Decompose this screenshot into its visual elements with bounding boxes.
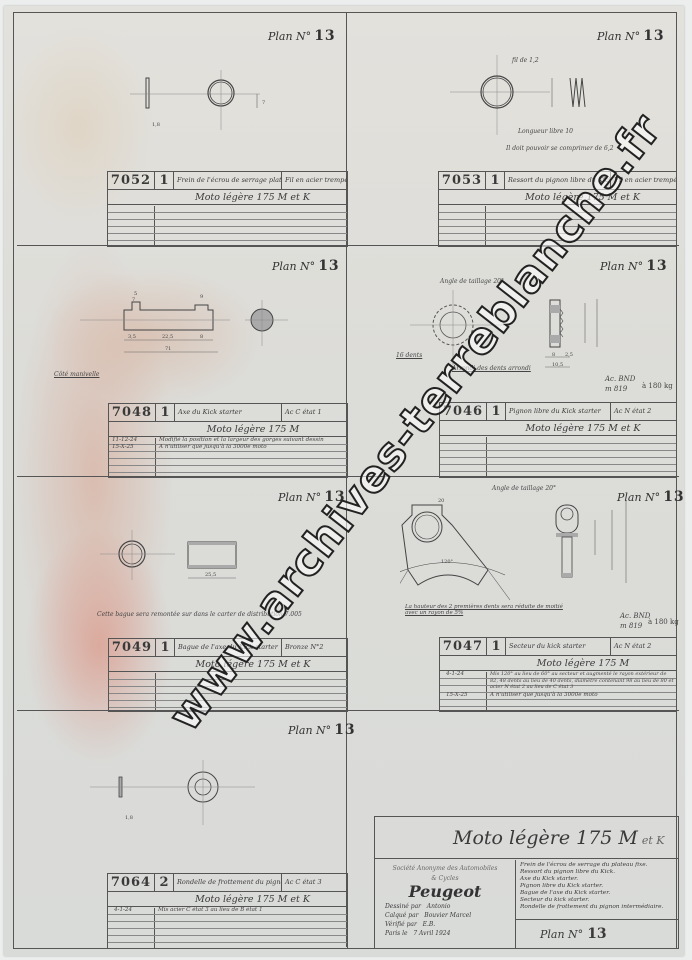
svg-text:8: 8 — [200, 334, 203, 340]
title-block-7052: 7052 1 Frein de l'écrou de serrage plate… — [107, 171, 348, 247]
plan-number-label: Plan N°13 — [597, 28, 665, 44]
part-model: Moto légère 175 M et K — [108, 892, 347, 907]
part-model: Moto légère 175 M et K — [108, 190, 347, 205]
part-material: Ac C état 3 — [282, 874, 347, 891]
svg-text:2,5: 2,5 — [565, 352, 573, 358]
part-model: Moto légère 175 M — [109, 422, 347, 437]
drawing-note: Angle de taillage 20° — [492, 485, 556, 492]
svg-text:7: 7 — [262, 100, 265, 106]
parts-list-item: Bague de l'axe du Kick starter. — [520, 890, 674, 897]
part-material: Ac N état 2 — [611, 403, 676, 420]
title-block-7048: 7048 1 Axe du Kick starter Ac C état 1 M… — [108, 403, 348, 478]
revision-date: 11-12-24 — [112, 437, 137, 443]
svg-text:1,8: 1,8 — [125, 815, 133, 821]
part-quantity: 1 — [487, 403, 506, 420]
part-model: Moto légère 175 M — [440, 656, 676, 671]
svg-text:3,5: 3,5 — [128, 334, 136, 340]
plan-number-label: Plan N°13 — [268, 28, 336, 44]
drawing-note: La hauteur des 2 premières dents sera ré… — [405, 604, 575, 616]
sheet-title: Moto légère 175 Met K — [375, 817, 678, 859]
part-number: 7053 — [439, 172, 486, 189]
parts-list: Frein de l'écrou de serrage du plateau f… — [516, 860, 678, 920]
parts-list-item: Frein de l'écrou de serrage du plateau f… — [520, 862, 674, 869]
part-material: Ac C état 1 — [282, 404, 347, 421]
title-block-7047: 7047 1 Secteur du kick starter Ac N état… — [439, 637, 677, 712]
drawing-note: 16 dents — [396, 352, 422, 359]
svg-text:25,5: 25,5 — [205, 572, 216, 578]
svg-text:fil de 1,2: fil de 1,2 — [511, 57, 539, 64]
parts-list-item: Rondelle de frottement du pignon intermé… — [520, 904, 674, 911]
part-number: 7048 — [109, 404, 156, 421]
revision-date: 15-X-25 — [112, 444, 134, 450]
plan-number-label: Plan N°13 — [272, 258, 340, 274]
part-number: 7064 — [108, 874, 155, 891]
part-description: Frein de l'écrou de serrage plateau fixe — [174, 172, 282, 189]
part-quantity: 1 — [155, 172, 174, 189]
material-spec: Ac. BND m 819 — [620, 612, 650, 630]
material-load: à 180 kg — [648, 618, 679, 626]
revision-text: A n'utiliser que jusqu'à la 3000e moto — [159, 444, 267, 450]
part-quantity: 1 — [486, 172, 505, 189]
revision-text: A n'utiliser que jusqu'à la 3000e moto — [490, 692, 598, 698]
sheet-title-block: Moto légère 175 Met K Société Anonyme de… — [374, 816, 679, 949]
revision-date: 4-1-24 — [114, 907, 132, 913]
parts-list-item: Axe du Kick starter. — [520, 876, 674, 883]
parts-list-item: Secteur du kick starter. — [520, 897, 674, 904]
svg-text:10,5: 10,5 — [552, 362, 563, 368]
part-description: Rondelle de frottement du pignon intermé… — [174, 874, 282, 891]
company-info: Société Anonyme des Automobiles & Cycles… — [375, 860, 516, 948]
part-model: Moto légère 175 M et K — [440, 421, 676, 436]
svg-text:120°: 120° — [441, 559, 454, 565]
title-block-7064: 7064 2 Rondelle de frottement du pignon … — [107, 873, 348, 949]
material-spec: Ac. BND m 819 — [605, 375, 635, 393]
svg-text:20: 20 — [438, 498, 444, 504]
drawing-note: Longueur libre 10 — [518, 128, 573, 135]
part-quantity: 1 — [487, 638, 506, 655]
plan-number-label: Plan N°13 — [600, 258, 668, 274]
part-material: Ac N état 2 — [611, 638, 676, 655]
revision-text: Modifié la position et la largeur des go… — [159, 437, 324, 443]
part-description: Pignon libre du Kick starter — [506, 403, 611, 420]
part-number: 7047 — [440, 638, 487, 655]
part-drawing-7064: 1,8 — [75, 755, 275, 835]
svg-text:9: 9 — [200, 294, 203, 300]
part-material: Bronze N°2 — [282, 639, 347, 656]
material-load: à 180 kg — [642, 382, 673, 390]
svg-text:22,5: 22,5 — [162, 334, 173, 340]
drawing-note: Côté manivelle — [54, 371, 99, 378]
svg-text:1,8: 1,8 — [152, 122, 160, 128]
part-description: Secteur du kick starter — [506, 638, 611, 655]
part-drawing-7053: fil de 1,2 — [440, 50, 600, 160]
revision-text: Mis acier C état 3 au lieu de B état 1 — [158, 907, 263, 913]
revision-date: 15-X-25 — [446, 692, 468, 698]
parts-list-item: Ressort du pignon libre du Kick. — [520, 869, 674, 876]
revision-text: Mis 120° au lieu de 60° au secteur et au… — [490, 671, 674, 691]
svg-text:7: 7 — [132, 297, 135, 303]
part-drawing-7048: 3,5 22,5 8 71 5 7 9 — [70, 280, 310, 380]
part-number: 7049 — [109, 639, 156, 656]
plan-number-label: Plan N°13 — [288, 722, 356, 738]
part-drawing-7052: 7 1,8 — [120, 60, 270, 140]
sheet-plan-number: Plan N°13 — [516, 921, 678, 948]
title-block-7046: 7046 1 Pignon libre du Kick starter Ac N… — [439, 402, 677, 478]
svg-text:71: 71 — [165, 346, 171, 352]
brand-logo: Peugeot — [375, 882, 515, 901]
svg-text:8: 8 — [552, 352, 555, 358]
part-quantity: 2 — [155, 874, 174, 891]
part-quantity: 1 — [156, 639, 175, 656]
part-quantity: 1 — [156, 404, 175, 421]
part-number: 7052 — [108, 172, 155, 189]
revision-date: 4-1-24 — [446, 671, 464, 677]
parts-list-item: Pignon libre du Kick starter. — [520, 883, 674, 890]
part-description: Axe du Kick starter — [175, 404, 282, 421]
part-material: Fil en acier trempé — [282, 172, 347, 189]
